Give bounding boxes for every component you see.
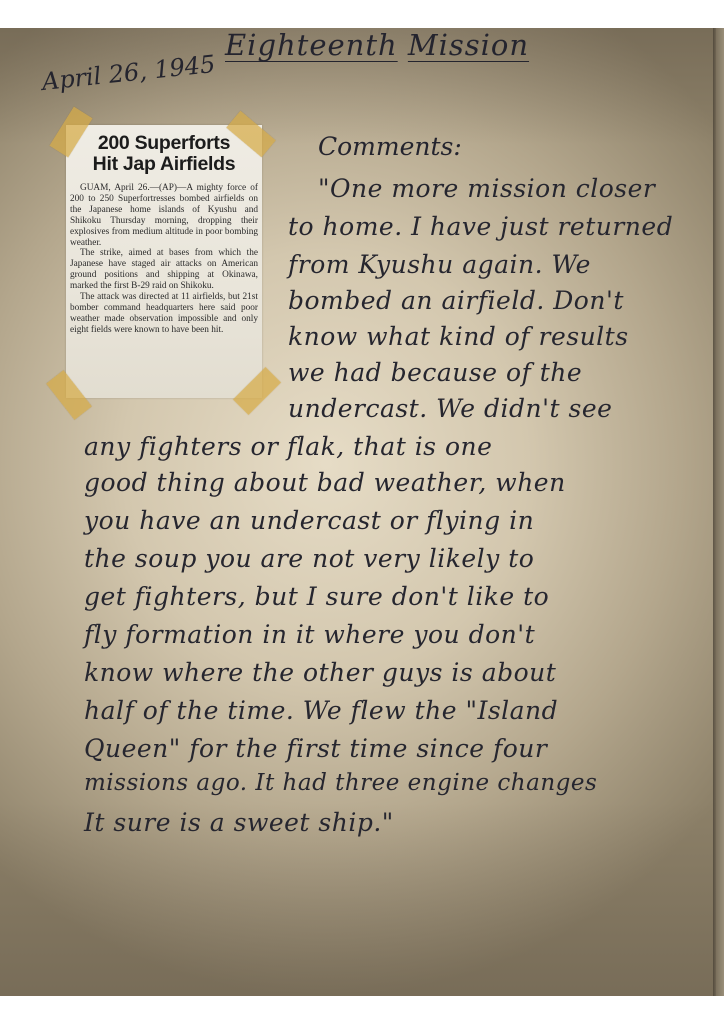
page-binding-line: [713, 28, 716, 996]
comment-line: fly formation in it where you don't: [84, 620, 535, 649]
comment-line: from Kyushu again. We: [288, 250, 591, 279]
clipping-body: GUAM, April 26.—(AP)—A mighty force of 2…: [66, 175, 262, 336]
comment-line: good thing about bad weather, when: [84, 468, 566, 497]
scrapbook-page: Eighteenth Mission April 26, 1945 200 Su…: [0, 28, 724, 996]
headline-line-2: Hit Jap Airfields: [66, 154, 262, 175]
comment-line: know where the other guys is about: [84, 658, 556, 687]
comment-line: you have an undercast or flying in: [84, 506, 534, 535]
comment-line: Queen" for the first time since four: [84, 734, 547, 763]
comment-line: half of the time. We flew the "Island: [84, 696, 558, 725]
title-word-1: Eighteenth: [225, 28, 398, 62]
newspaper-clipping: 200 Superforts Hit Jap Airfields GUAM, A…: [66, 125, 262, 398]
comment-line: to home. I have just returned: [288, 212, 673, 241]
title-word-2: Mission: [408, 28, 529, 62]
comment-line: know what kind of results: [288, 322, 629, 351]
comment-line: any fighters or flak, that is one: [84, 432, 492, 461]
comments-heading: Comments:: [318, 132, 462, 161]
comment-line: get fighters, but I sure don't like to: [84, 582, 549, 611]
entry-date: April 26, 1945: [41, 50, 217, 96]
clipping-paragraph: The attack was directed at 11 airfields,…: [70, 292, 258, 336]
comment-line: missions ago. It had three engine change…: [84, 770, 597, 796]
comment-line: undercast. We didn't see: [288, 394, 612, 423]
headline-line-1: 200 Superforts: [66, 133, 262, 154]
comment-line: we had because of the: [288, 358, 582, 387]
clipping-paragraph: GUAM, April 26.—(AP)—A mighty force of 2…: [70, 183, 258, 248]
page-binding-edge: [716, 28, 724, 996]
clipping-paragraph: The strike, aimed at bases from which th…: [70, 248, 258, 292]
comment-line: the soup you are not very likely to: [84, 544, 534, 573]
comment-line: "One more mission closer: [318, 174, 655, 203]
comment-line: bombed an airfield. Don't: [288, 286, 624, 315]
clipping-headline: 200 Superforts Hit Jap Airfields: [66, 133, 262, 175]
comment-line: It sure is a sweet ship.": [84, 808, 394, 837]
page-title: Eighteenth Mission: [225, 28, 529, 62]
